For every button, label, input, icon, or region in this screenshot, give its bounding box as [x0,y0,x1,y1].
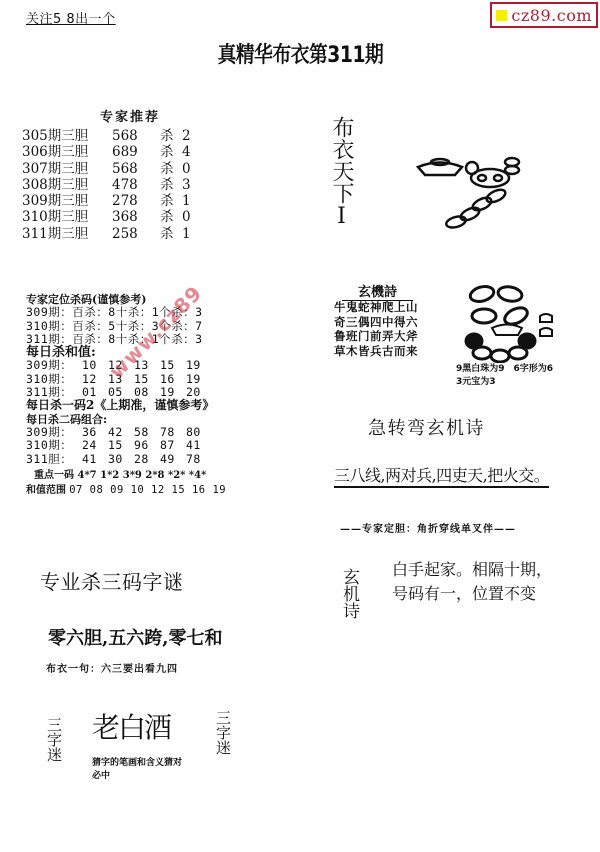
riddle-label-right: 三字迷 [213,710,234,755]
table-row: 305期三胆568杀2 [22,128,191,144]
riddle-hint: 猜字的笔画和含义猜对必中 [92,757,182,783]
mystic-poem-vertical: 玄机诗 [334,568,364,619]
logo-square-icon [496,10,507,21]
kill-three-title: 专业杀三码字谜 [40,566,184,595]
kill-two-row: 310期：2415968741 [26,439,226,452]
sharp-turn-title: 急转弯玄机诗 [368,414,485,440]
mystic-poem: 牛鬼蛇神爬上山 奇三偶四中得六 鲁班门前弄大斧 草木皆兵古而来 [334,300,418,358]
poem-line: 奇三偶四中得六 [334,315,418,330]
position-kill-row: 310期：百杀：5十杀：3个杀：7 [26,320,226,333]
position-kill-block: 专家定位杀码(谨慎参考) 309期：百杀：8十杀：1个杀：3 310期：百杀：5… [26,293,226,497]
riddle-label-left: 三字迷 [44,717,65,762]
sharp-turn-line: 三八线,两对兵,四吏天,把火交。 [334,463,549,488]
ingot-beads-picture [410,150,550,240]
kill-two-title: 每日杀二码组合: [26,413,226,426]
table-row: 307期三胆568杀0 [22,161,191,177]
kill-two-row: 311胆：4130284978 [26,453,226,466]
site-logo[interactable]: cz89.com [490,2,598,28]
kill-two-row: 309期：3642587880 [26,426,226,439]
table-row: 306期三胆689杀4 [22,144,191,160]
sum-range-row: 和值范围 07 08 09 10 12 15 16 19 [26,484,226,497]
expert-recommend-table: 305期三胆568杀2 306期三胆689杀4 307期三胆568杀0 308期… [22,128,191,242]
table-row: 308期三胆478杀3 [22,177,191,193]
buyi-line: 布衣一句：六三要出看九四 [46,660,178,675]
riddle-word: 老白酒 [92,706,170,746]
page-title: 真精华布衣第311期 [0,38,600,69]
kill-three-clue: 零六胆,五六跨,零七和 [48,624,223,650]
expert-dan-text: 白手起家。相隔十期， 号码有一，位置不变 [392,558,552,606]
table-row: 310期三胆368杀0 [22,209,191,225]
poem-line: 草木皆兵古而来 [334,344,418,359]
table-row: 309期三胆278杀1 [22,193,191,209]
poem-line: 鲁班门前弄大斧 [334,329,418,344]
kill-one-code: 每日杀一码2《上期准，谨慎参考》 [26,399,226,412]
black-white-beads-picture [462,283,562,363]
table-row: 311期三胆258杀1 [22,226,191,242]
top-note: 关注5 8出一个 [26,8,116,27]
beads-caption: 9黑白珠为9 6字形为6 3元宝为3 [456,363,553,389]
logo-text: cz89.com [511,6,592,25]
buyi-tianxia-vertical: 布衣天下I [328,116,354,229]
key-one-code: 重点一码 4*7 1*2 3*9 2*8 *2* *4* [26,469,226,482]
expert-recommend-title: 专家推荐 [100,106,160,125]
expert-dan-title: ——专家定胆：角折穿线单叉伴—— [340,520,516,535]
poem-line: 牛鬼蛇神爬上山 [334,300,418,315]
mystic-poem-title: 玄機詩 [342,281,413,301]
